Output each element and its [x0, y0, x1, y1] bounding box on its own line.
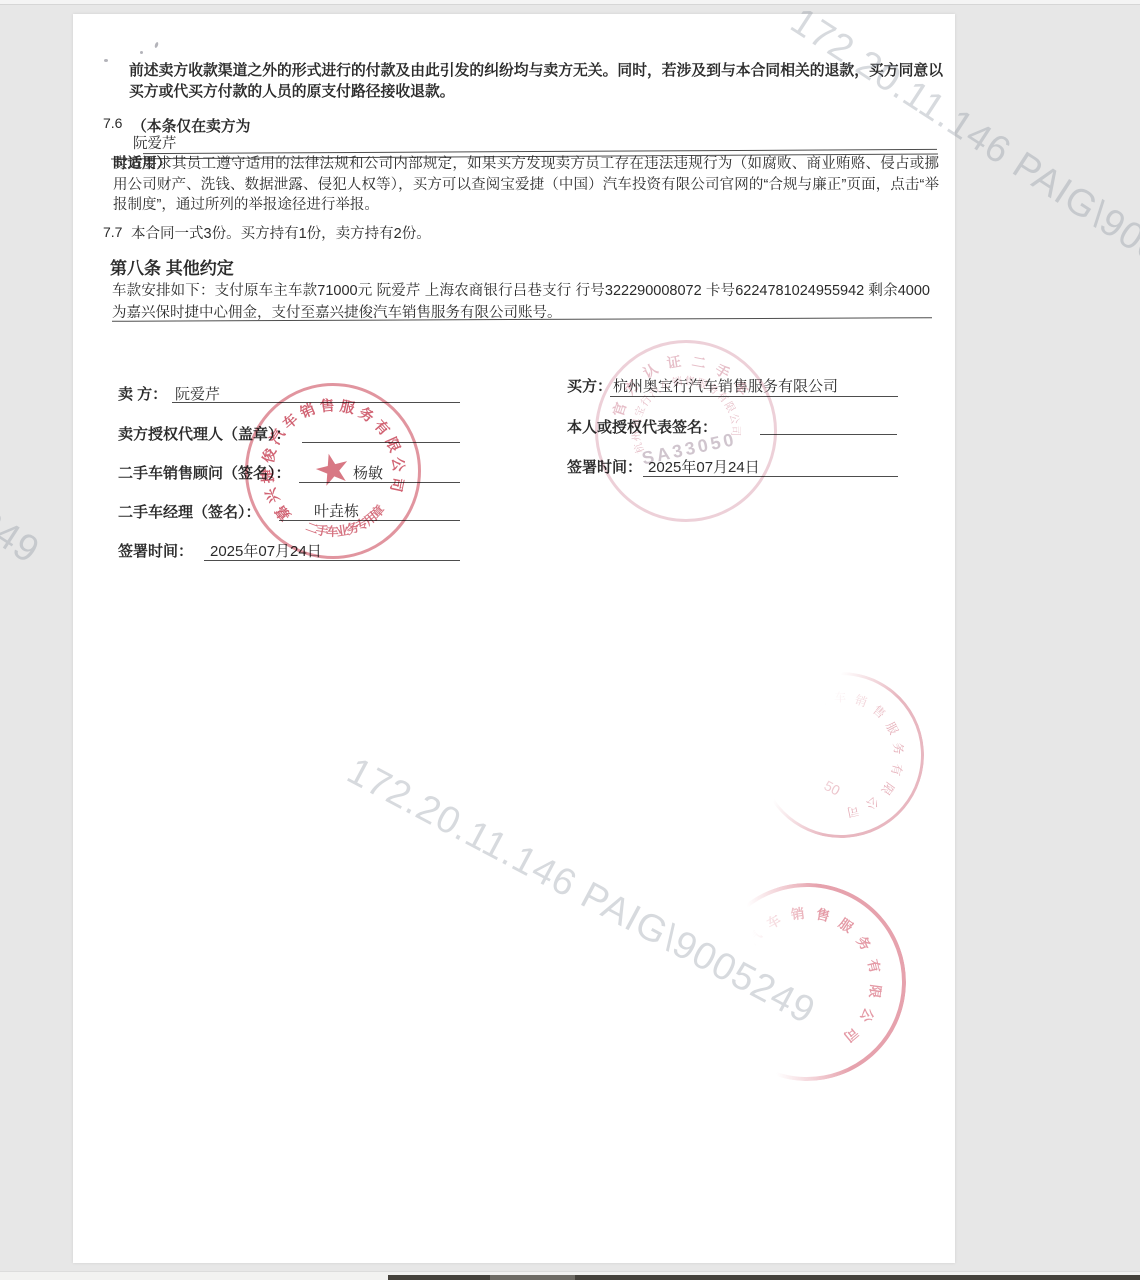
- contract-page: 官方认证二手车 杭州奥宝行汽车销售服务有限公司 SA33050 汽车销售服务有限…: [73, 14, 955, 1263]
- seller-name-value: 阮爱芹: [175, 383, 220, 404]
- ip-watermark-bottom-left: 172.20.11.146 PAIG\9005249: [0, 252, 47, 573]
- document-viewer: 官方认证二手车 杭州奥宝行汽车销售服务有限公司 SA33050 汽车销售服务有限…: [0, 0, 1140, 1280]
- seller-sign-date-label: 签署时间：: [118, 540, 193, 561]
- clause-7-6-body-text: 卖方要求其员工遵守适用的法律法规和公司内部规定，如果买方发现卖方员工存在违法违规…: [113, 154, 939, 216]
- seal-company-text: 汽车销售服务有限公司: [685, 860, 929, 1104]
- horizontal-scrollbar-segment[interactable]: [490, 1275, 575, 1280]
- scan-speck: [104, 59, 108, 62]
- buyer-certification-seal: 官方认证二手车 杭州奥宝行汽车销售服务有限公司 SA33050: [581, 326, 792, 537]
- paragraph-refund-terms: 前述卖方收款渠道之外的形式进行的付款及由此引发的纠纷均与卖方无关。同时，若涉及到…: [129, 61, 943, 102]
- used-car-manager-label: 二手车经理（签名）：: [118, 501, 261, 522]
- clause-7-7-text: 本合同一式3份。买方持有1份，卖方持有2份。: [131, 224, 431, 245]
- partial-seal-bottom: 汽车销售服务有限公司: [680, 855, 934, 1109]
- seller-name-fill-in: 阮爱芹: [133, 134, 177, 155]
- scan-speck: [140, 51, 143, 54]
- scan-speck: [154, 42, 159, 49]
- seller-label: 卖 方：: [118, 383, 167, 404]
- clause-7-7-number: 7.7: [103, 224, 122, 240]
- top-edge-strip: [0, 0, 1140, 5]
- clause-7-6-lead: （本条仅在卖方为: [132, 115, 250, 136]
- signature-line: [760, 434, 897, 435]
- clause-7-6-number: 7.6: [103, 115, 122, 131]
- seal-company-text: 汽车销售服务有限公司: [740, 654, 942, 856]
- section-8-title: 第八条 其他约定: [110, 254, 234, 279]
- signature-line: [204, 560, 460, 561]
- partial-seal-middle: 汽车销售服务有限公司 50: [736, 650, 945, 859]
- seal-company-text: 杭州奥宝行汽车销售服务有限公司: [584, 329, 788, 533]
